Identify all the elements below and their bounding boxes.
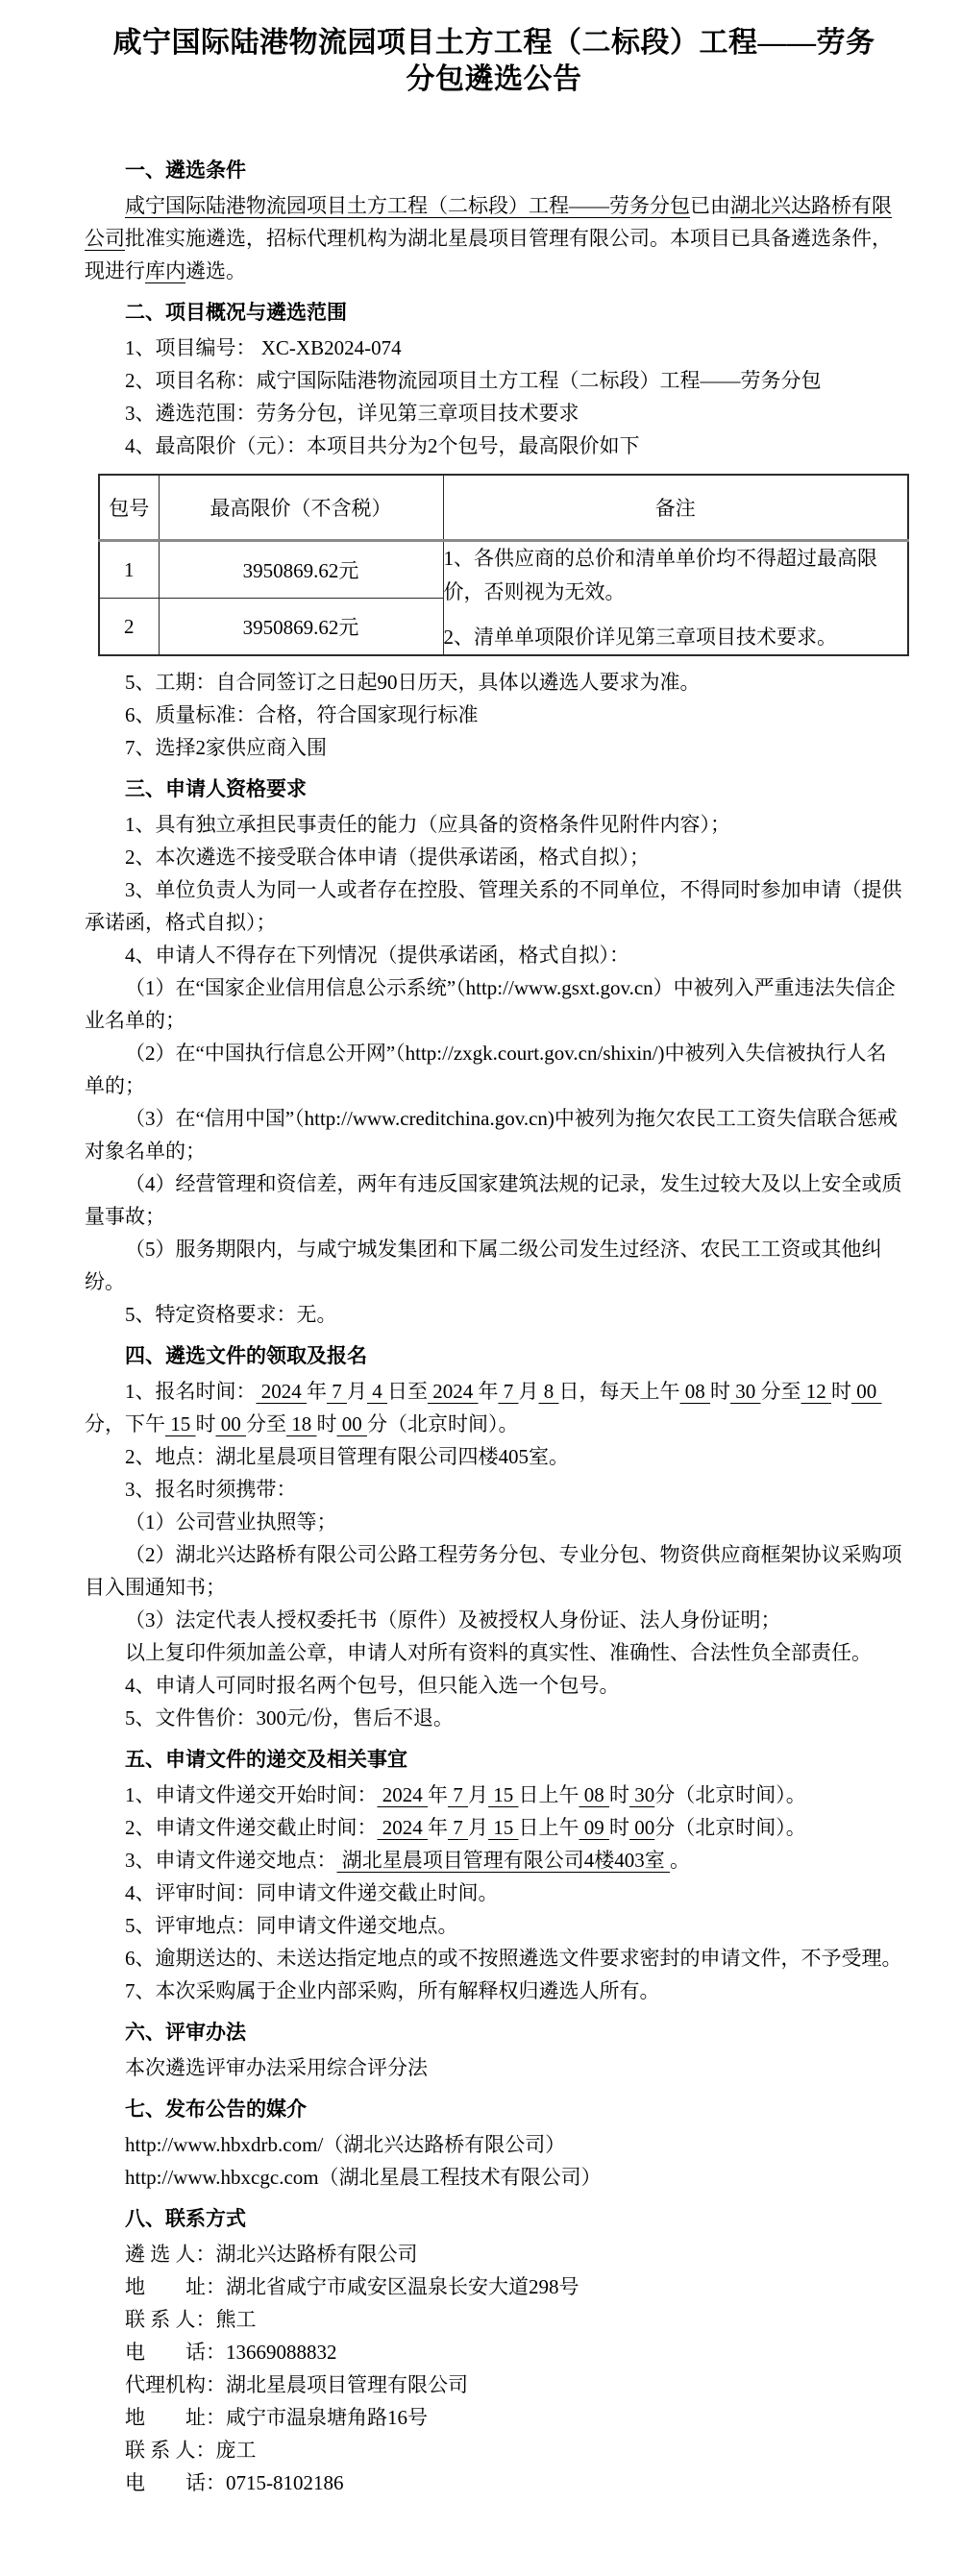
underlined-text-segment: 08 bbox=[579, 1783, 610, 1806]
text-segment: 月 bbox=[519, 1380, 539, 1403]
max-price-cell: 3950869.62元 bbox=[159, 541, 443, 599]
page-title: 咸宁国际陆港物流园项目土方工程（二标段）工程——劳务分包遴选公告 bbox=[85, 25, 903, 98]
qualification-item: 3、单位负责人为同一人或者存在控股、管理关系的不同单位，不得同时参加申请（提供承… bbox=[85, 873, 903, 939]
text-segment: 年 bbox=[428, 1816, 448, 1839]
text-segment: 时 bbox=[609, 1783, 629, 1806]
text-segment: 分（北京时间）。 bbox=[367, 1412, 519, 1435]
item-late-submission: 6、逾期送达的、未送达指定地点的或不按照遴选文件要求密封的申请文件，不予受理。 bbox=[85, 1942, 903, 1975]
qualification-item: 4、申请人不得存在下列情况（提供承诺函，格式自拟）： bbox=[85, 939, 903, 971]
text-segment: 1、报名时间： bbox=[125, 1380, 257, 1403]
text-segment: 2、申请文件递交截止时间： bbox=[125, 1816, 378, 1839]
media-url-xingda: http://www.hbxdrb.com/（湖北兴达路桥有限公司） bbox=[85, 2128, 903, 2161]
qualification-item: 2、本次遴选不接受联合体申请（提供承诺函，格式自拟）； bbox=[85, 841, 903, 873]
section-heading-contact: 八、联系方式 bbox=[85, 2202, 903, 2235]
qualification-item: 5、特定资格要求：无。 bbox=[85, 1298, 903, 1331]
qualification-subitem: （2）在“中国执行信息公开网”（http://zxgk.court.gov.cn… bbox=[85, 1037, 903, 1102]
text-segment: 时 bbox=[317, 1412, 337, 1435]
text-segment: 月 bbox=[347, 1380, 367, 1403]
text-segment: 1、申请文件递交开始时间： bbox=[125, 1783, 378, 1806]
underlined-text-segment: 2024 bbox=[428, 1380, 479, 1403]
underlined-text-segment: 7 bbox=[499, 1380, 519, 1403]
section-heading-review-method: 六、评审办法 bbox=[85, 2016, 903, 2049]
underlined-text-segment: 00 bbox=[851, 1380, 882, 1403]
underlined-text-segment: 08 bbox=[680, 1380, 711, 1403]
text-segment: 分（北京时间）。 bbox=[654, 1816, 806, 1839]
item-submission-deadline: 2、申请文件递交截止时间： 2024 年 7 月 15 日上午 09 时 00分… bbox=[85, 1811, 903, 1844]
text-segment: 年 bbox=[479, 1380, 499, 1403]
section-heading-announcement-media: 七、发布公告的媒介 bbox=[85, 2093, 903, 2125]
text-segment: 月 bbox=[468, 1816, 488, 1839]
underlined-text-segment: 12 bbox=[801, 1380, 832, 1403]
text-segment: 分（北京时间）。 bbox=[654, 1783, 806, 1806]
text-segment: 遴选。 bbox=[185, 259, 246, 282]
remark-cell: 1、各供应商的总价和清单单价均不得超过最高限价，否则视为无效。 2、清单单项限价… bbox=[443, 541, 908, 656]
underlined-text-segment: 2024 bbox=[378, 1783, 429, 1806]
review-method-text: 本次遴选评审办法采用综合评分法 bbox=[85, 2051, 903, 2084]
item-registration-place: 2、地点：湖北星晨项目管理有限公司四楼405室。 bbox=[85, 1440, 903, 1473]
contact-selector-person: 联 系 人：熊工 bbox=[85, 2303, 903, 2336]
underlined-text-segment: 7 bbox=[448, 1816, 468, 1839]
text-segment: 日至 bbox=[387, 1380, 428, 1403]
item-submission-place: 3、申请文件递交地点： 湖北星晨项目管理有限公司4楼403室 。 bbox=[85, 1844, 903, 1877]
section-heading-project-overview: 二、项目概况与遴选范围 bbox=[85, 296, 903, 329]
contact-selector-name: 遴 选 人：湖北兴达路桥有限公司 bbox=[85, 2238, 903, 2270]
section-heading-selection-conditions: 一、遴选条件 bbox=[85, 154, 903, 186]
text-segment: 日上午 bbox=[519, 1783, 579, 1806]
qualification-item: 1、具有独立承担民事责任的能力（应具备的资格条件见附件内容）； bbox=[85, 808, 903, 841]
text-segment: 时 bbox=[710, 1380, 730, 1403]
qualification-subitem: （3）在“信用中国”（http://www.creditchina.gov.cn… bbox=[85, 1102, 903, 1167]
text-segment: 日上午 bbox=[519, 1816, 579, 1839]
selection-conditions-paragraph: 咸宁国际陆港物流园项目土方工程（二标段）工程——劳务分包已由湖北兴达路桥有限公司… bbox=[85, 189, 903, 287]
item-package-limit: 4、申请人可同时报名两个包号，但只能入选一个包号。 bbox=[85, 1669, 903, 1702]
contact-agency-address: 地 址：咸宁市温泉塘角路16号 bbox=[85, 2401, 903, 2434]
contact-agency-person: 联 系 人：庞工 bbox=[85, 2434, 903, 2466]
contact-selector-address: 地 址：湖北省咸宁市咸安区温泉长安大道298号 bbox=[85, 2270, 903, 2303]
underlined-text-segment: 00 bbox=[216, 1412, 247, 1435]
item-review-place: 5、评审地点：同申请文件递交地点。 bbox=[85, 1909, 903, 1942]
underlined-text-segment: 7 bbox=[327, 1380, 347, 1403]
underlined-text-segment: 咸宁国际陆港物流园项目土方工程（二标段）工程——劳务分包 bbox=[125, 194, 690, 217]
section-heading-document-collection: 四、遴选文件的领取及报名 bbox=[85, 1339, 903, 1372]
underlined-text-segment: 30 bbox=[730, 1380, 761, 1403]
underlined-text-segment: 09 bbox=[579, 1816, 610, 1839]
media-url-xingchen: http://www.hbxcgc.com（湖北星晨工程技术有限公司） bbox=[85, 2161, 903, 2194]
package-number-cell: 2 bbox=[99, 599, 159, 656]
text-segment: 时 bbox=[831, 1380, 851, 1403]
table-header-package: 包号 bbox=[99, 475, 159, 541]
price-limit-table: 包号 最高限价（不含税） 备注 1 3950869.62元 1、各供应商的总价和… bbox=[98, 474, 909, 656]
remark-line: 1、各供应商的总价和清单单价均不得超过最高限价，否则视为无效。 bbox=[444, 542, 908, 609]
text-segment: 。 bbox=[670, 1849, 690, 1872]
package-number-cell: 1 bbox=[99, 541, 159, 599]
text-segment: 日，每天上午 bbox=[559, 1380, 680, 1403]
text-segment: 已由 bbox=[690, 194, 730, 217]
item-document-price: 5、文件售价：300元/份，售后不退。 bbox=[85, 1702, 903, 1734]
item-supplier-count: 7、选择2家供应商入围 bbox=[85, 731, 903, 764]
item-quality-standard: 6、质量标准：合格，符合国家现行标准 bbox=[85, 699, 903, 731]
item-max-price-intro: 4、最高限价（元）：本项目共分为2个包号，最高限价如下 bbox=[85, 429, 903, 462]
max-price-cell: 3950869.62元 bbox=[159, 599, 443, 656]
table-header-row: 包号 最高限价（不含税） 备注 bbox=[99, 475, 908, 541]
underlined-text-segment: 18 bbox=[286, 1412, 317, 1435]
text-segment: 年 bbox=[307, 1380, 327, 1403]
section-heading-submission: 五、申请文件的递交及相关事宜 bbox=[85, 1743, 903, 1776]
underlined-text-segment: 15 bbox=[488, 1783, 519, 1806]
underlined-text-segment: 00 bbox=[629, 1816, 654, 1839]
underlined-text-segment: 30 bbox=[629, 1783, 654, 1806]
text-segment: 分至 bbox=[246, 1412, 286, 1435]
text-segment: 时 bbox=[609, 1816, 629, 1839]
text-segment: 年 bbox=[428, 1783, 448, 1806]
item-registration-time: 1、报名时间： 2024 年 7 月 4 日至 2024 年 7 月 8 日，每… bbox=[85, 1375, 903, 1440]
registration-subitem: （1）公司营业执照等； bbox=[85, 1506, 903, 1538]
item-internal-procurement: 7、本次采购属于企业内部采购，所有解释权归遴选人所有。 bbox=[85, 1975, 903, 2007]
underlined-text-segment: 15 bbox=[488, 1816, 519, 1839]
item-registration-bring: 3、报名时须携带： bbox=[85, 1473, 903, 1506]
item-project-name: 2、项目名称：咸宁国际陆港物流园项目土方工程（二标段）工程——劳务分包 bbox=[85, 364, 903, 397]
contact-agency-name: 代理机构：湖北星晨项目管理有限公司 bbox=[85, 2368, 903, 2401]
qualification-subitem: （1）在“国家企业信用信息公示系统”（http://www.gsxt.gov.c… bbox=[85, 971, 903, 1037]
underlined-text-segment: 00 bbox=[337, 1412, 368, 1435]
text-segment: 时 bbox=[196, 1412, 216, 1435]
underlined-text-segment: 8 bbox=[539, 1380, 559, 1403]
table-row: 1 3950869.62元 1、各供应商的总价和清单单价均不得超过最高限价，否则… bbox=[99, 541, 908, 599]
section-heading-applicant-qualifications: 三、申请人资格要求 bbox=[85, 773, 903, 805]
registration-subitem: （3）法定代表人授权委托书（原件）及被授权人身份证、法人身份证明； bbox=[85, 1604, 903, 1636]
item-selection-scope: 3、遴选范围：劳务分包，详见第三章项目技术要求 bbox=[85, 397, 903, 429]
contact-selector-phone: 电 话：13669088832 bbox=[85, 2336, 903, 2368]
qualification-subitem: （4）经营管理和资信差，两年有违反国家建筑法规的记录，发生过较大及以上安全或质量… bbox=[85, 1167, 903, 1233]
text-segment: 分，下午 bbox=[85, 1412, 165, 1435]
table-header-remark: 备注 bbox=[443, 475, 908, 541]
underlined-text-segment: 15 bbox=[165, 1412, 196, 1435]
underlined-text-segment: 2024 bbox=[257, 1380, 308, 1403]
text-segment: 分至 bbox=[761, 1380, 801, 1403]
table-header-max-price: 最高限价（不含税） bbox=[159, 475, 443, 541]
contact-agency-phone: 电 话：0715-8102186 bbox=[85, 2466, 903, 2499]
qualification-subitem: （5）服务期限内，与咸宁城发集团和下属二级公司发生过经济、农民工工资或其他纠纷。 bbox=[85, 1233, 903, 1298]
item-construction-period: 5、工期：自合同签订之日起90日历天，具体以遴选人要求为准。 bbox=[85, 666, 903, 699]
remark-line: 2、清单单项限价详见第三章项目技术要求。 bbox=[444, 621, 908, 654]
text-segment: 月 bbox=[468, 1783, 488, 1806]
announcement-document: 咸宁国际陆港物流园项目土方工程（二标段）工程——劳务分包遴选公告 一、遴选条件 … bbox=[0, 0, 961, 2576]
registration-subitem: （2）湖北兴达路桥有限公司公路工程劳务分包、专业分包、物资供应商框架协议采购项目… bbox=[85, 1538, 903, 1604]
item-review-time: 4、评审时间：同申请文件递交截止时间。 bbox=[85, 1877, 903, 1909]
registration-note: 以上复印件须加盖公章，申请人对所有资料的真实性、准确性、合法性负全部责任。 bbox=[85, 1636, 903, 1669]
underlined-text-segment: 4 bbox=[367, 1380, 387, 1403]
underlined-text-segment: 2024 bbox=[378, 1816, 429, 1839]
item-submission-start-time: 1、申请文件递交开始时间： 2024 年 7 月 15 日上午 08 时 30分… bbox=[85, 1779, 903, 1811]
text-segment: 3、申请文件递交地点： bbox=[125, 1849, 337, 1872]
underlined-text-segment: 湖北星晨项目管理有限公司4楼403室 bbox=[337, 1849, 671, 1872]
underlined-text-segment: 库内 bbox=[145, 259, 185, 282]
underlined-text-segment: 7 bbox=[448, 1783, 468, 1806]
item-project-number: 1、项目编号： XC-XB2024-074 bbox=[85, 331, 903, 364]
